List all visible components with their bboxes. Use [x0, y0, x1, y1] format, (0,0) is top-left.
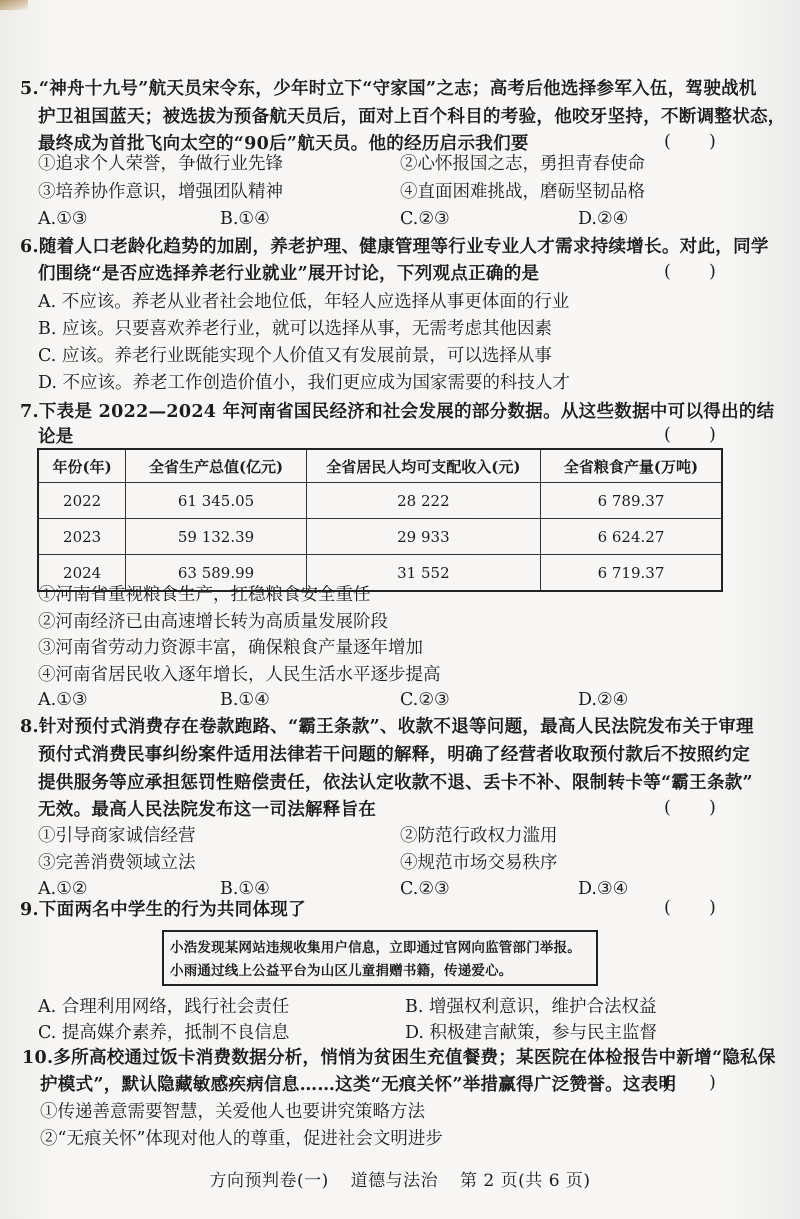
question-6-stem-line-1: 6.随着人口老龄化趋势的加剧，养老护理、健康管理等行业专业人才需求持续增长。对此… [20, 235, 769, 259]
statement-1: ①河南省重视粮食生产，扛稳粮食安全重任 [38, 583, 371, 607]
statement-3: ③河南省劳动力资源丰富，确保粮食产量逐年增加 [38, 636, 423, 660]
statement-3: ③培养协作意识，增强团队精神 [38, 180, 283, 204]
question-8-stem-line-3: 提供服务等应承担惩罚性赔偿责任，依法认定收款不退、丢卡不补、限制转卡等“霸王条款… [38, 771, 753, 795]
choice-c[interactable]: C.②③ [400, 207, 450, 231]
data-table: 年份(年) 全省生产总值(亿元) 全省居民人均可支配收入(元) 全省粮食产量(万… [37, 448, 723, 592]
statement-4: ④规范市场交易秩序 [400, 851, 558, 875]
page-footer: 方向预判卷(一) 道德与法治 第 2 页(共 6 页) [0, 1166, 800, 1191]
column-header: 全省粮食产量(万吨) [540, 449, 722, 483]
column-header: 全省生产总值(亿元) [126, 449, 306, 483]
question-7-stem-line-1: 7.下表是 2022—2024 年河南省国民经济和社会发展的部分数据。从这些数据… [20, 400, 774, 424]
question-10-stem-line-1: 10.多所高校通过饭卡消费数据分析，悄悄为贫困生充值餐费；某医院在体检报告中新增… [22, 1046, 776, 1070]
table-row: 2023 59 132.39 29 933 6 624.27 [38, 519, 722, 555]
choice-c[interactable]: C.②③ [400, 688, 450, 712]
subject-name: 道德与法治 [351, 1171, 439, 1191]
choice-b[interactable]: B. 增强权利意识，维护合法权益 [405, 995, 657, 1019]
question-10-stem-line-2: 护模式”，默认隐藏敏感疾病信息……这类“无痕关怀”举措赢得广泛赞誉。这表明 [40, 1073, 676, 1097]
choice-c[interactable]: C.②③ [400, 877, 450, 901]
scenario-line-2: 小雨通过线上公益平台为山区儿童捐赠书籍，传递爱心。 [170, 959, 513, 979]
table-row: 2022 61 345.05 28 222 6 789.37 [38, 483, 722, 519]
table-cell: 61 345.05 [126, 483, 306, 519]
question-8-stem-line-2: 预付式消费民事纠纷案件适用法律若干问题的解释，明确了经营者收取预付款后不按照约定 [38, 743, 750, 767]
choice-c[interactable]: C. 应该。养老行业既能实现个人价值又有发展前景，可以选择从事 [38, 344, 552, 368]
column-header: 年份(年) [38, 449, 126, 483]
choice-d[interactable]: D.③④ [578, 877, 628, 901]
choice-a[interactable]: A.①③ [38, 688, 88, 712]
exam-page: 5.“神舟十九号”航天员宋令东，少年时立下“守家国”之志；高考后他选择参军入伍，… [0, 0, 800, 1219]
choice-b[interactable]: B.①④ [220, 207, 270, 231]
question-5-stem-line-1: 5.“神舟十九号”航天员宋令东，少年时立下“守家国”之志；高考后他选择参军入伍，… [20, 77, 757, 101]
question-9-stem-line-1: 9.下面两名中学生的行为共同体现了 [20, 898, 306, 922]
question-7-stem-line-2: 论是 [38, 425, 74, 449]
statement-4: ④直面困难挑战，磨砺坚韧品格 [400, 180, 645, 204]
choice-d[interactable]: D. 不应该。养老工作创造价值小，我们更应成为国家需要的科技人才 [38, 371, 570, 395]
choice-a[interactable]: A. 不应该。养老从业者社会地位低，年轻人应选择从事更体面的行业 [38, 290, 569, 314]
choice-b[interactable]: B. 应该。只要喜欢养老行业，就可以选择从事，无需考虑其他因素 [38, 317, 552, 341]
question-8-stem-line-1: 8.针对预付式消费存在卷款跑路、“霸王条款”、收款不退等问题，最高人民法院发布关… [20, 715, 754, 739]
table-cell: 6 719.37 [540, 555, 722, 592]
table-cell: 2022 [38, 483, 126, 519]
statement-2: ②“无痕关怀”体现对他人的尊重，促进社会文明进步 [40, 1127, 443, 1151]
statement-1: ①追求个人荣誉，争做行业先锋 [38, 152, 283, 176]
statement-1: ①引导商家诚信经营 [38, 824, 196, 848]
table-cell: 28 222 [306, 483, 540, 519]
exam-name: 方向预判卷(一) [209, 1171, 328, 1191]
choice-b[interactable]: B.①④ [220, 688, 270, 712]
scenario-box: 小浩发现某网站违规收集用户信息，立即通过官网向监管部门举报。 小雨通过线上公益平… [162, 930, 598, 986]
scenario-line-1: 小浩发现某网站违规收集用户信息，立即通过官网向监管部门举报。 [170, 936, 581, 956]
table-cell: 6 789.37 [540, 483, 722, 519]
table-cell: 2023 [38, 519, 126, 555]
choice-a[interactable]: A.①③ [38, 207, 88, 231]
question-8-stem-line-4: 无效。最高人民法院发布这一司法解释旨在 [38, 798, 376, 822]
choice-a[interactable]: A. 合理利用网络，践行社会责任 [38, 995, 289, 1019]
paper-corner-shadow [0, 0, 28, 10]
choice-d[interactable]: D.②④ [578, 207, 628, 231]
question-6-stem-line-2: 们围绕“是否应选择养老行业就业”展开讨论，下列观点正确的是 [38, 262, 539, 286]
choice-d[interactable]: D.②④ [578, 688, 628, 712]
column-header: 全省居民人均可支配收入(元) [306, 449, 540, 483]
table-cell: 29 933 [306, 519, 540, 555]
choice-c[interactable]: C. 提高媒介素养，抵制不良信息 [38, 1021, 289, 1045]
page-number: 第 2 页(共 6 页) [460, 1171, 591, 1191]
statement-4: ④河南省居民收入逐年增长，人民生活水平逐步提高 [38, 663, 441, 687]
question-5-stem-line-2: 护卫祖国蓝天；被选拔为预备航天员后，面对上百个科目的考验，他咬牙坚持，不断调整状… [38, 105, 786, 129]
statement-2: ②河南经济已由高速增长转为高质量发展阶段 [38, 610, 388, 634]
statement-2: ②防范行政权力滥用 [400, 824, 558, 848]
question-number: 5. [20, 79, 39, 99]
statement-3: ③完善消费领域立法 [38, 851, 196, 875]
choice-d[interactable]: D. 积极建言献策，参与民主监督 [405, 1021, 657, 1045]
table-cell: 6 624.27 [540, 519, 722, 555]
table-cell: 59 132.39 [126, 519, 306, 555]
table-header-row: 年份(年) 全省生产总值(亿元) 全省居民人均可支配收入(元) 全省粮食产量(万… [38, 449, 722, 483]
statement-1: ①传递善意需要智慧，关爱他人也要讲究策略方法 [40, 1100, 425, 1124]
statement-2: ②心怀报国之志，勇担青春使命 [400, 152, 645, 176]
